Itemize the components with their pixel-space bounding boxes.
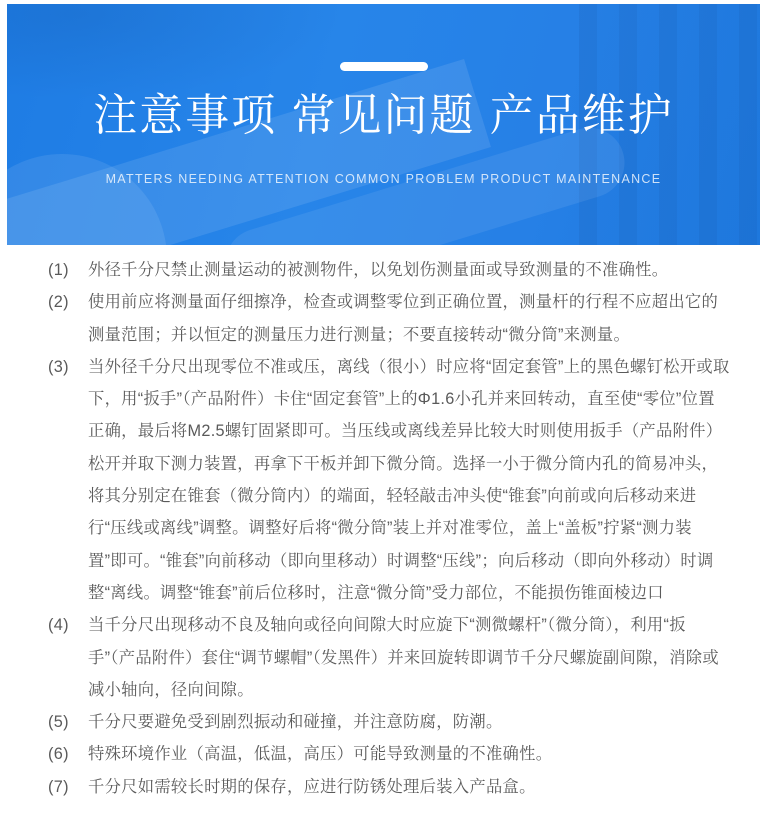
note-text: 千分尺要避免受到剧烈振动和碰撞，并注意防腐，防潮。 (88, 706, 730, 738)
note-number: (1) (48, 254, 88, 286)
note-number: (2) (48, 286, 88, 318)
note-item: (7) 千分尺如需较长时期的保存，应进行防锈处理后装入产品盒。 (48, 771, 773, 803)
note-item: (2) 使用前应将测量面仔细擦净，检查或调整零位到正确位置，测量杆的行程不应超出… (48, 286, 773, 351)
accent-dash (340, 62, 428, 71)
note-text: 使用前应将测量面仔细擦净，检查或调整零位到正确位置，测量杆的行程不应超出它的测量… (88, 286, 730, 351)
note-text: 当外径千分尺出现零位不准或压，离线（很小）时应将“固定套管”上的黑色螺钉松开或取… (88, 351, 730, 609)
note-number: (3) (48, 351, 88, 383)
note-item: (5) 千分尺要避免受到剧烈振动和碰撞，并注意防腐，防潮。 (48, 706, 773, 738)
note-item: (3) 当外径千分尺出现零位不准或压，离线（很小）时应将“固定套管”上的黑色螺钉… (48, 351, 773, 609)
note-text: 千分尺如需较长时期的保存，应进行防锈处理后装入产品盒。 (88, 771, 730, 803)
note-item: (6) 特殊环境作业（高温，低温，高压）可能导致测量的不准确性。 (48, 738, 773, 770)
note-text: 当千分尺出现移动不良及轴向或径向间隙大时应旋下“测微螺杆”（微分筒），利用“扳手… (88, 609, 730, 706)
note-text: 外径千分尺禁止测量运动的被测物件，以免划伤测量面或导致测量的不准确性。 (88, 254, 730, 286)
note-number: (4) (48, 609, 88, 641)
banner-content: 注意事项 常见问题 产品维护 MATTERS NEEDING ATTENTION… (7, 4, 760, 245)
note-item: (1) 外径千分尺禁止测量运动的被测物件，以免划伤测量面或导致测量的不准确性。 (48, 254, 773, 286)
note-text: 特殊环境作业（高温，低温，高压）可能导致测量的不准确性。 (88, 738, 730, 770)
note-number: (6) (48, 738, 88, 770)
banner: 注意事项 常见问题 产品维护 MATTERS NEEDING ATTENTION… (7, 4, 760, 245)
banner-title: 注意事项 常见问题 产品维护 (93, 90, 673, 142)
product-notes-section: 注意事项 常见问题 产品维护 MATTERS NEEDING ATTENTION… (0, 4, 773, 833)
notes-list: (1) 外径千分尺禁止测量运动的被测物件，以免划伤测量面或导致测量的不准确性。 … (0, 254, 773, 803)
note-item: (4) 当千分尺出现移动不良及轴向或径向间隙大时应旋下“测微螺杆”（微分筒），利… (48, 609, 773, 706)
note-number: (7) (48, 771, 88, 803)
banner-subtitle: MATTERS NEEDING ATTENTION COMMON PROBLEM… (106, 172, 662, 186)
note-number: (5) (48, 706, 88, 738)
